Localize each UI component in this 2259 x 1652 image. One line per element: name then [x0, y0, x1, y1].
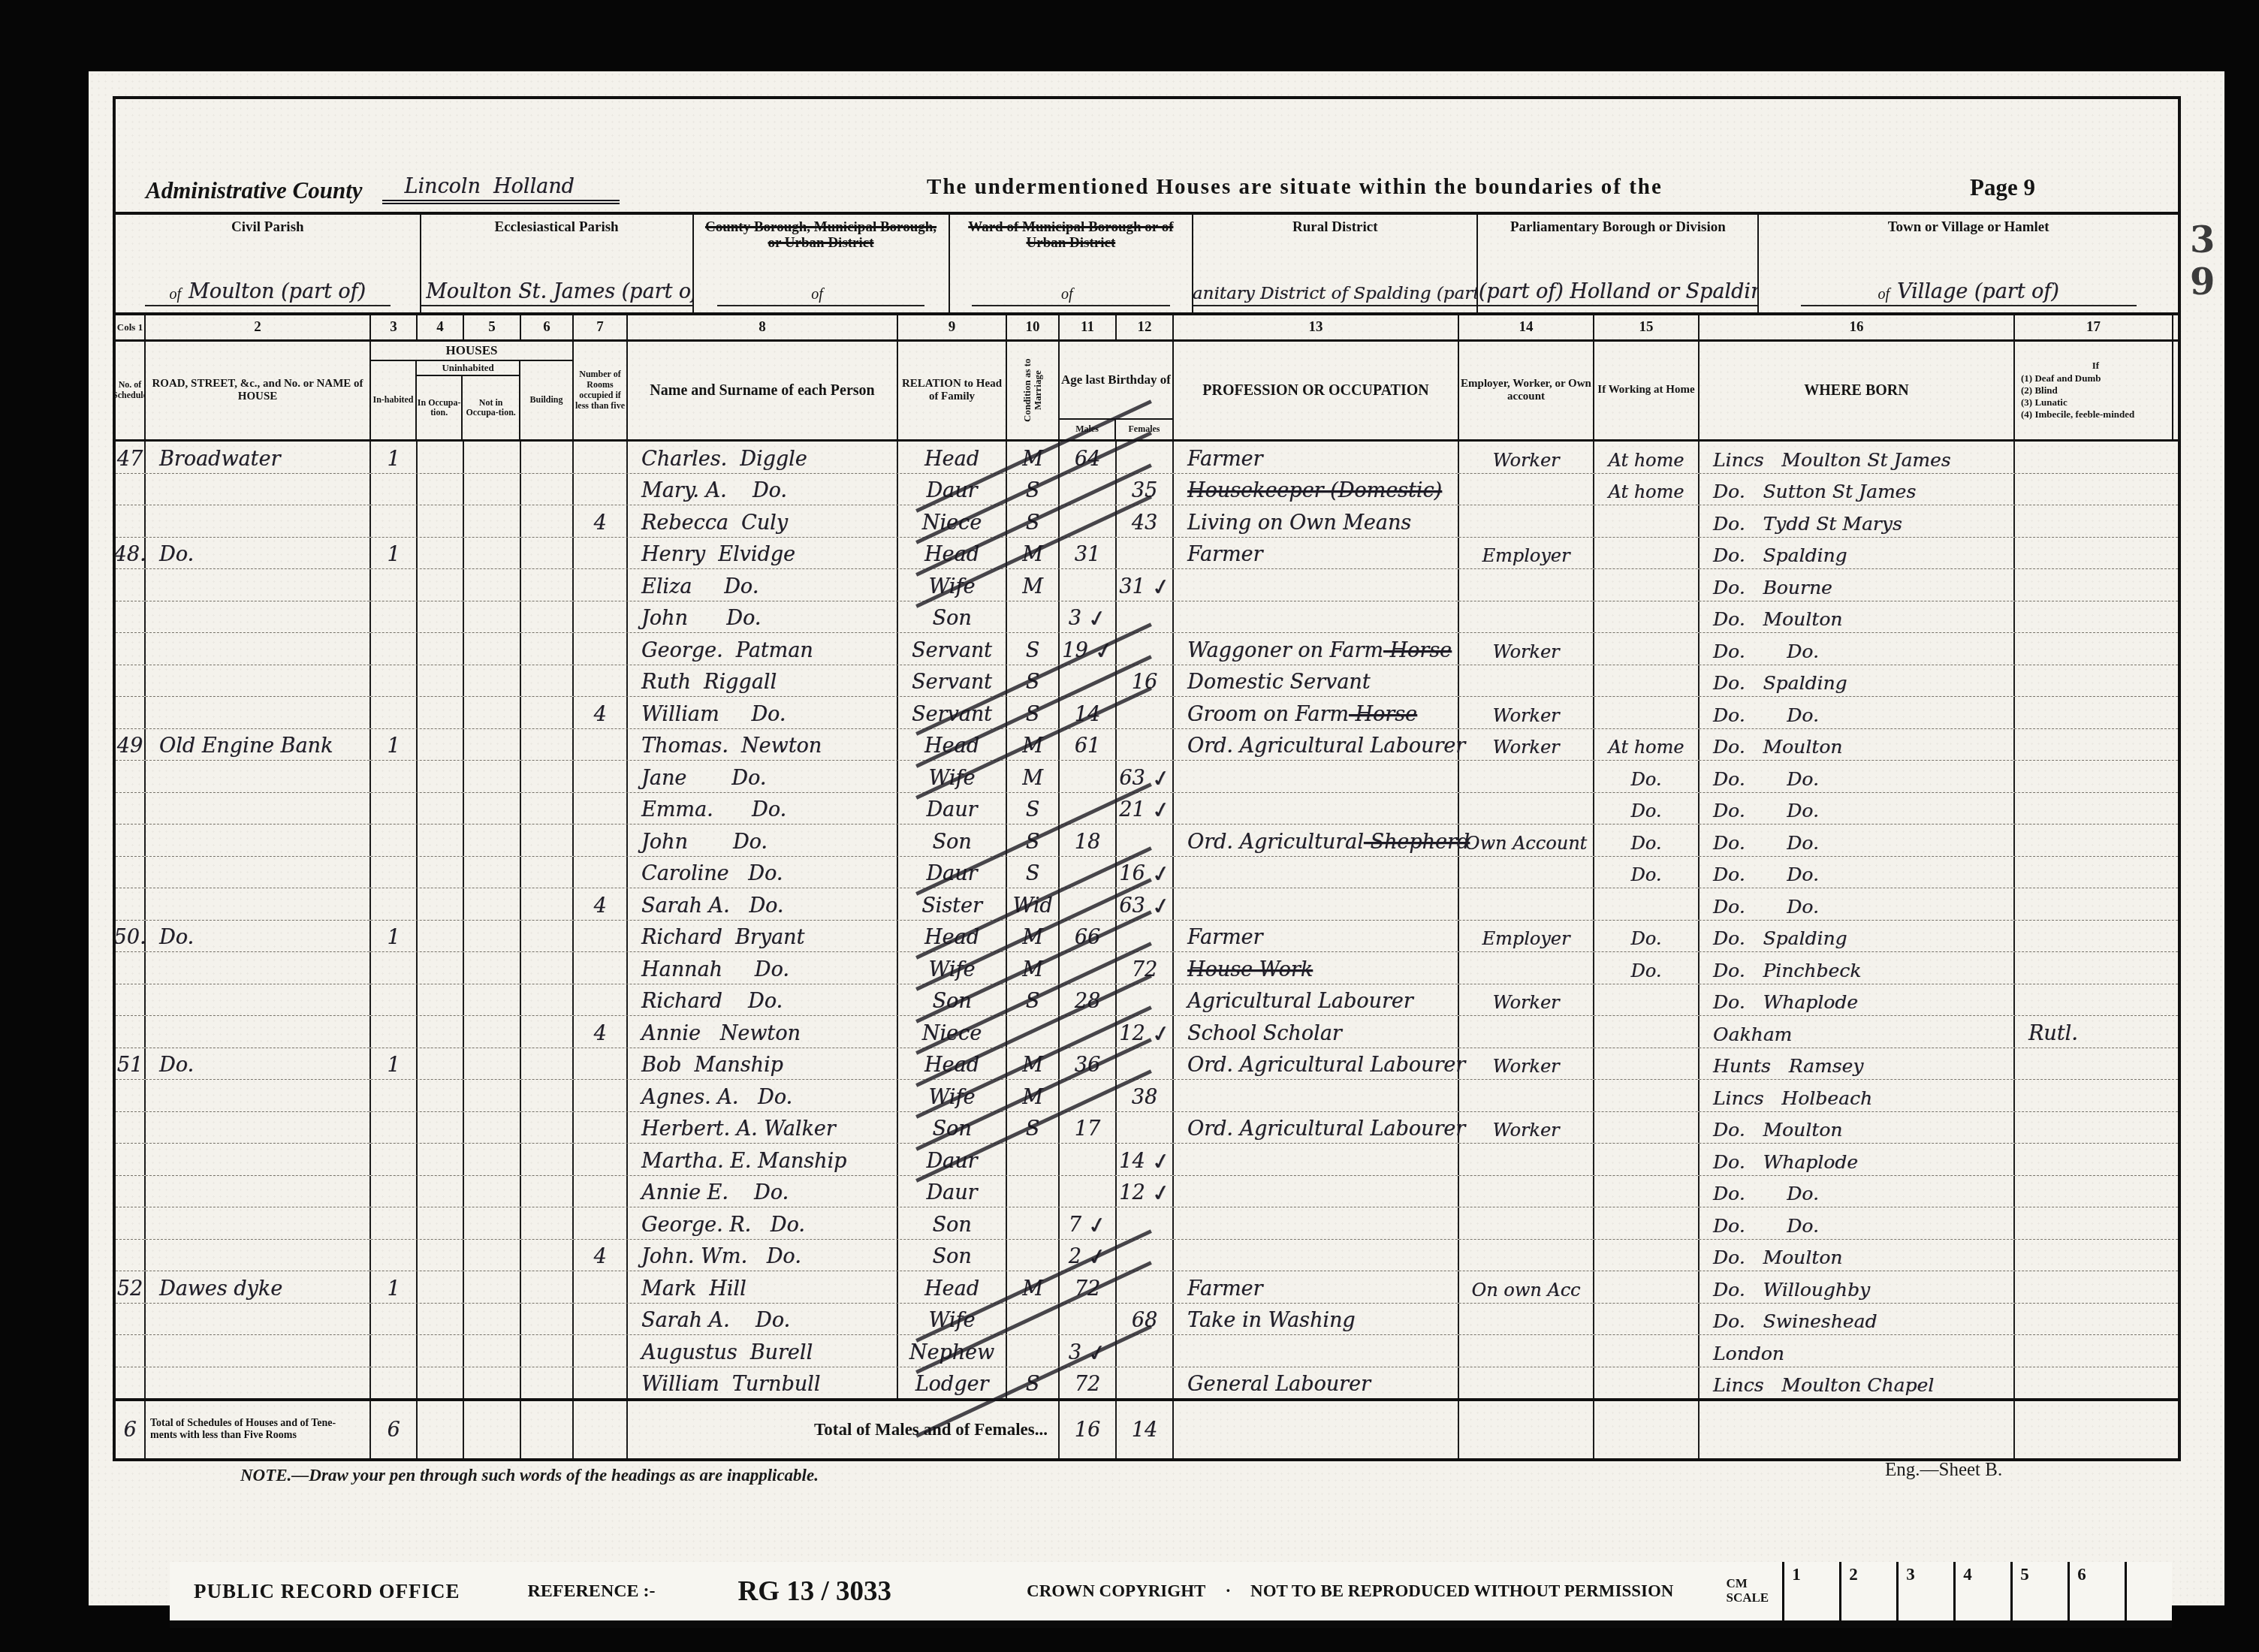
column-number: 17 [2015, 315, 2173, 339]
working-at-home [1594, 569, 1700, 601]
column-number: 8 [628, 315, 898, 339]
table-row: 4Rebecca CulyNieceS43Living on Own Means… [116, 505, 2178, 538]
person-name: Ruth Riggall [628, 665, 898, 697]
marriage-condition: S [1007, 697, 1060, 728]
rooms-mark [574, 538, 628, 569]
road-name [146, 474, 371, 505]
employer-status: Worker [1459, 729, 1594, 761]
column-number: 2 [146, 315, 371, 339]
marriage-condition: M [1007, 729, 1060, 761]
table-row: 52Dawes dyke1Mark HillHeadM72FarmerOn ow… [116, 1271, 2178, 1304]
uninhabited-occupied [418, 569, 464, 601]
marriage-condition: M [1007, 538, 1060, 569]
schedule-number [116, 824, 146, 856]
birthplace: Do. Do. [1700, 633, 2015, 665]
road-name [146, 824, 371, 856]
uninhabited-occupied [418, 888, 464, 920]
schedule-number [116, 1144, 146, 1175]
parish-field-label: Ward of Municipal Borough or of Urban Di… [950, 219, 1193, 252]
schedule-number [116, 697, 146, 728]
folio-stamp: 3 9 [2190, 219, 2259, 303]
age-female [1117, 984, 1174, 1016]
employer-status: Worker [1459, 442, 1594, 473]
situate-heading: The undermentioned Houses are situate wi… [620, 175, 1970, 204]
inhabited-mark [371, 984, 418, 1016]
parish-field-value: of [717, 286, 924, 306]
totals-empty-17 [2015, 1401, 2173, 1458]
building-mark [521, 505, 574, 537]
ruler-segment: 1 [1782, 1562, 1839, 1620]
age-male [1060, 888, 1117, 920]
building-mark [521, 697, 574, 728]
totals-empty-7 [574, 1401, 628, 1458]
totals-empty-15 [1594, 1401, 1700, 1458]
person-name: Caroline Do. [628, 857, 898, 888]
occupation [1174, 888, 1459, 920]
enumerator-tick: ✓ [1086, 1339, 1109, 1368]
inhabited-mark [371, 474, 418, 505]
rooms-mark [574, 1048, 628, 1080]
road-name [146, 984, 371, 1016]
parish-field-label: Rural District [1285, 219, 1385, 235]
schedule-number [116, 888, 146, 920]
birthplace: Do. Swineshead [1700, 1304, 2015, 1335]
age-subrow: Males Females [1060, 418, 1172, 439]
rooms-mark [574, 793, 628, 824]
age-male [1060, 1080, 1117, 1111]
person-name: John Do. [628, 824, 898, 856]
enumerator-tick: ✓ [1149, 860, 1172, 889]
infirmity-note [2015, 1080, 2173, 1111]
building-mark [521, 442, 574, 473]
footer-copyright: CROWN COPYRIGHT [1027, 1581, 1205, 1601]
uninhabited-occupied [418, 1304, 464, 1335]
person-name: Richard Do. [628, 984, 898, 1016]
inhabited-mark [371, 888, 418, 920]
footer-notice: NOT TO BE REPRODUCED WITHOUT PERMISSION [1250, 1581, 1673, 1601]
parish-field: Ward of Municipal Borough or of Urban Di… [950, 215, 1194, 312]
marriage-condition: S [1007, 824, 1060, 856]
inhabited-mark [371, 1240, 418, 1271]
footer-office: PUBLIC RECORD OFFICE [194, 1580, 460, 1603]
inhabited-mark [371, 1176, 418, 1207]
totals-houses-count: 6 [371, 1401, 418, 1458]
infirmity-note [2015, 1112, 2173, 1144]
relation-to-head: Head [898, 729, 1007, 761]
employer-status [1459, 1335, 1594, 1367]
birthplace: Lincs Moulton St James [1700, 442, 2015, 473]
infirmity-note [2015, 1304, 2173, 1335]
uninhabited-occupied [418, 824, 464, 856]
age-female: 12✓ [1117, 1016, 1174, 1048]
ruler-segment: 5 [2010, 1562, 2067, 1620]
rooms-mark: 4 [574, 505, 628, 537]
inhabited-mark [371, 633, 418, 665]
birthplace: Do. Do. [1700, 697, 2015, 728]
employer-status: Own Account [1459, 824, 1594, 856]
working-at-home: Do. [1594, 793, 1700, 824]
occupation: Ord. Agricultural Labourer [1174, 729, 1459, 761]
building-mark [521, 824, 574, 856]
age-male: 64 [1060, 442, 1117, 473]
schedule-number [116, 601, 146, 633]
road-name [146, 569, 371, 601]
working-at-home [1594, 1207, 1700, 1239]
age-male: 17 [1060, 1112, 1117, 1144]
schedule-number [116, 1176, 146, 1207]
road-name [146, 1335, 371, 1367]
parish-fields-band: Civil ParishofMoulton (part of)Ecclesias… [116, 215, 2178, 315]
rooms-mark: 4 [574, 697, 628, 728]
uninhabited-occupied [418, 952, 464, 984]
road-name [146, 1080, 371, 1111]
uninhabited-not-occupied [464, 1080, 521, 1111]
person-name: Henry Elvidge [628, 538, 898, 569]
parish-field-label: Town or Village or Hamlet [1880, 219, 2057, 235]
uninhabited-occupied [418, 984, 464, 1016]
person-name: Rebecca Culy [628, 505, 898, 537]
uninhabited-subrow: In Occupa-tion. Not in Occupa-tion. [417, 376, 519, 439]
road-name [146, 1207, 371, 1239]
inhabited-mark: 1 [371, 442, 418, 473]
rooms-mark [574, 474, 628, 505]
age-female [1117, 633, 1174, 665]
parish-field: Civil ParishofMoulton (part of) [116, 215, 421, 312]
parish-field: Parliamentary Borough or Divisionof(part… [1478, 215, 1759, 312]
working-at-home [1594, 505, 1700, 537]
occupation [1174, 1176, 1459, 1207]
marriage-condition: S [1007, 633, 1060, 665]
schedule-number [116, 1367, 146, 1399]
headings-note: NOTE.—Draw your pen through such words o… [240, 1466, 819, 1485]
table-row: Richard Do.SonS28Agricultural LabourerWo… [116, 984, 2178, 1017]
employer-status [1459, 665, 1594, 697]
building-mark [521, 1176, 574, 1207]
marriage-condition: S [1007, 474, 1060, 505]
schedule-number [116, 952, 146, 984]
inhabited-mark [371, 1144, 418, 1175]
person-name: George. R. Do. [628, 1207, 898, 1239]
road-name [146, 697, 371, 728]
infirmity-note [2015, 505, 2173, 537]
occupation: School Scholar [1174, 1016, 1459, 1048]
birthplace: Do. Sutton St James [1700, 474, 2015, 505]
age-male [1060, 952, 1117, 984]
employer-status [1459, 1176, 1594, 1207]
uninhabited-not-occupied [464, 857, 521, 888]
parish-field: County Borough, Municipal Borough, or Ur… [694, 215, 950, 312]
building-mark [521, 793, 574, 824]
rooms-mark: 4 [574, 888, 628, 920]
table-row: John Do.SonS18Ord. Agricultural Shepherd… [116, 824, 2178, 857]
person-name: Annie Newton [628, 1016, 898, 1048]
person-name: Mary. A. Do. [628, 474, 898, 505]
uninhabited-not-occupied [464, 1016, 521, 1048]
enumerator-tick: ✓ [1092, 637, 1115, 666]
infirmity-note [2015, 761, 2173, 792]
column-number: 4 [418, 315, 464, 339]
building-mark [521, 857, 574, 888]
schedule-number: 49 [116, 729, 146, 761]
age-female: 63✓ [1117, 761, 1174, 792]
relation-to-head: Lodger [898, 1367, 1007, 1399]
working-at-home [1594, 1080, 1700, 1111]
totals-schedule-label: Total of Schedules of Houses and of Tene… [146, 1401, 371, 1458]
sheet-label: Eng.—Sheet B. [1885, 1460, 2002, 1481]
age-male: 72 [1060, 1271, 1117, 1303]
marriage-condition: S [1007, 665, 1060, 697]
age-male: 7✓ [1060, 1207, 1117, 1239]
uninhabited-not-occupied [464, 1367, 521, 1399]
schedule-number: 52 [116, 1271, 146, 1303]
uninhabited-not-occupied [464, 729, 521, 761]
occupation [1174, 761, 1459, 792]
occupation: Agricultural Labourer [1174, 984, 1459, 1016]
age-male [1060, 1304, 1117, 1335]
marriage-condition: M [1007, 1271, 1060, 1303]
enumerator-tick: ✓ [1149, 796, 1172, 825]
totals-schedule-count: 6 [116, 1401, 146, 1458]
infirmity-item-3: (3) Lunatic [2021, 396, 2067, 408]
relation-to-head: Nephew [898, 1335, 1007, 1367]
footer-reference: RG 13 / 3033 [738, 1575, 892, 1608]
table-row: Agnes. A. Do.WifeM38Lincs Holbeach [116, 1080, 2178, 1112]
col-header-building: Building [520, 361, 572, 439]
building-mark [521, 569, 574, 601]
schedule-number [116, 505, 146, 537]
rooms-mark [574, 601, 628, 633]
uninhabited-occupied [418, 1176, 464, 1207]
person-name: Charles. Diggle [628, 442, 898, 473]
infirmity-note [2015, 442, 2173, 473]
employer-status [1459, 1207, 1594, 1239]
working-at-home [1594, 538, 1700, 569]
infirmity-note [2015, 1176, 2173, 1207]
relation-to-head: Servant [898, 697, 1007, 728]
employer-status [1459, 1144, 1594, 1175]
parish-field-value: ofSanitary District of Spalding (part of… [1193, 284, 1478, 306]
marriage-condition: S [1007, 984, 1060, 1016]
age-male [1060, 793, 1117, 824]
birthplace: Do. Spalding [1700, 538, 2015, 569]
age-female [1117, 1112, 1174, 1144]
table-row: 4Sarah A. Do.SisterWid63✓Do. Do. [116, 888, 2178, 921]
enumerator-tick: ✓ [1086, 1243, 1109, 1272]
relation-to-head: Daur [898, 1144, 1007, 1175]
schedule-number [116, 665, 146, 697]
age-female [1117, 1048, 1174, 1080]
rooms-mark [574, 761, 628, 792]
table-row: William TurnbullLodgerS72General Laboure… [116, 1367, 2178, 1399]
marriage-condition: M [1007, 569, 1060, 601]
totals-males-count: 16 [1060, 1401, 1117, 1458]
age-female: 16 [1117, 665, 1174, 697]
working-at-home: Do. [1594, 952, 1700, 984]
schedule-number: 50. [116, 921, 146, 952]
rooms-mark [574, 1176, 628, 1207]
uninhabited-occupied [418, 1080, 464, 1111]
table-row: Annie E. Do.Daur12✓Do. Do. [116, 1176, 2178, 1208]
employer-status [1459, 505, 1594, 537]
relation-to-head: Niece [898, 1016, 1007, 1048]
occupation [1174, 1080, 1459, 1111]
working-at-home [1594, 697, 1700, 728]
schedule-number [116, 1304, 146, 1335]
employer-status: Worker [1459, 633, 1594, 665]
building-mark [521, 888, 574, 920]
road-name: Do. [146, 921, 371, 952]
relation-to-head: Wife [898, 761, 1007, 792]
working-at-home [1594, 984, 1700, 1016]
working-at-home [1594, 888, 1700, 920]
uninhabited-occupied [418, 1144, 464, 1175]
enumerator-tick: ✓ [1149, 1020, 1172, 1049]
totals-empty-16 [1700, 1401, 2015, 1458]
infirmity-note: Rutl. [2015, 1016, 2173, 1048]
person-name: Sarah A. Do. [628, 1304, 898, 1335]
uninhabited-not-occupied [464, 569, 521, 601]
table-row: Jane Do.WifeM63✓Do.Do. Do. [116, 761, 2178, 793]
employer-status [1459, 761, 1594, 792]
parish-field-label: Civil Parish [224, 219, 312, 235]
infirmity-if-label: If [2021, 360, 2170, 372]
age-female: 63✓ [1117, 888, 1174, 920]
uninhabited-not-occupied [464, 888, 521, 920]
person-name: Sarah A. Do. [628, 888, 898, 920]
building-mark [521, 1144, 574, 1175]
ruler-segment: 2 [1839, 1562, 1896, 1620]
inhabited-mark [371, 761, 418, 792]
person-name: Martha. E. Manship [628, 1144, 898, 1175]
table-row: Hannah Do.WifeM72House WorkDo.Do. Pinchb… [116, 952, 2178, 984]
occupation: Farmer [1174, 538, 1459, 569]
schedule-number [116, 1240, 146, 1271]
column-number: 5 [464, 315, 521, 339]
schedule-number [116, 474, 146, 505]
road-name: Dawes dyke [146, 1271, 371, 1303]
table-row: 48.Do.1Henry ElvidgeHeadM31FarmerEmploye… [116, 538, 2178, 570]
rooms-mark [574, 857, 628, 888]
uninhabited-not-occupied [464, 1271, 521, 1303]
birthplace: Do. Do. [1700, 888, 2015, 920]
inhabited-mark [371, 1304, 418, 1335]
infirmity-note [2015, 1144, 2173, 1175]
uninhabited-not-occupied [464, 793, 521, 824]
inhabited-mark [371, 1112, 418, 1144]
footer-separator: · [1225, 1581, 1231, 1601]
census-scan: 3 9 Administrative County Lincoln Hollan… [0, 0, 2259, 1652]
birthplace: Do. Moulton [1700, 729, 2015, 761]
building-mark [521, 1080, 574, 1111]
marriage-condition: S [1007, 505, 1060, 537]
birthplace: Do. Whaplode [1700, 1144, 2015, 1175]
person-name: Emma. Do. [628, 793, 898, 824]
road-name [146, 1240, 371, 1271]
road-name [146, 793, 371, 824]
working-at-home: At home [1594, 442, 1700, 473]
occupation: Housekeeper (Domestic) [1174, 474, 1459, 505]
age-male: 36 [1060, 1048, 1117, 1080]
ruler-end-line [2125, 1562, 2127, 1620]
uninhabited-not-occupied [464, 824, 521, 856]
uninhabited-not-occupied [464, 1112, 521, 1144]
infirmity-note [2015, 984, 2173, 1016]
table-row: 4Annie NewtonNiece12✓School ScholarOakha… [116, 1016, 2178, 1048]
totals-empty-4 [418, 1401, 464, 1458]
birthplace: Lincs Moulton Chapel [1700, 1367, 2015, 1399]
admin-county-group: Administrative County Lincoln Holland [146, 175, 620, 204]
table-row: 47Broadwater1Charles. DiggleHeadM64Farme… [116, 442, 2178, 474]
marriage-condition: S [1007, 857, 1060, 888]
relation-to-head: Head [898, 1048, 1007, 1080]
building-mark [521, 665, 574, 697]
age-female: 16✓ [1117, 857, 1174, 888]
rooms-mark [574, 633, 628, 665]
uninhabited-occupied [418, 601, 464, 633]
road-name [146, 1016, 371, 1048]
relation-to-head: Daur [898, 793, 1007, 824]
relation-to-head: Head [898, 538, 1007, 569]
road-name: Do. [146, 1048, 371, 1080]
age-female [1117, 824, 1174, 856]
working-at-home [1594, 633, 1700, 665]
birthplace: Do. Do. [1700, 824, 2015, 856]
schedule-number [116, 569, 146, 601]
parish-field-value: ofMoulton (part of) [145, 280, 391, 306]
col-header-inhabited: In-habited [371, 361, 417, 439]
employer-status [1459, 857, 1594, 888]
rooms-mark [574, 1112, 628, 1144]
of-prefix: of [1877, 286, 1890, 303]
marriage-condition [1007, 601, 1060, 633]
rooms-mark [574, 1304, 628, 1335]
person-name: John. Wm. Do. [628, 1240, 898, 1271]
working-at-home [1594, 1240, 1700, 1271]
table-row: John Do.Son3✓Do. Moulton [116, 601, 2178, 634]
column-number: 13 [1174, 315, 1459, 339]
age-female [1117, 1367, 1174, 1399]
uninhabited-occupied [418, 697, 464, 728]
employer-status: Worker [1459, 1112, 1594, 1144]
rooms-mark [574, 1367, 628, 1399]
occupation: Groom on Farm Horse [1174, 697, 1459, 728]
uninhabited-not-occupied [464, 984, 521, 1016]
parish-field-value: of [972, 286, 1170, 306]
infirmity-note [2015, 824, 2173, 856]
enumerator-tick: ✓ [1149, 573, 1172, 602]
parish-field-handwriting: Moulton (part of) [189, 280, 366, 303]
schedule-number [116, 857, 146, 888]
condition-rotated-label: Condition as to Marriage [1022, 343, 1044, 438]
uninhabited-not-occupied [464, 1240, 521, 1271]
rooms-mark [574, 1080, 628, 1111]
road-name [146, 1304, 371, 1335]
table-row: Caroline Do.DaurS16✓Do.Do. Do. [116, 857, 2178, 889]
employer-status [1459, 1080, 1594, 1111]
occupation: Domestic Servant [1174, 665, 1459, 697]
uninhabited-occupied [418, 1016, 464, 1048]
person-name: Annie E. Do. [628, 1176, 898, 1207]
column-number: 9 [898, 315, 1007, 339]
rooms-mark [574, 729, 628, 761]
relation-to-head: Head [898, 921, 1007, 952]
schedule-number [116, 1016, 146, 1048]
birthplace: Hunts Ramsey [1700, 1048, 2015, 1080]
working-at-home [1594, 1367, 1700, 1399]
rooms-mark [574, 665, 628, 697]
parish-field-handwriting: Village (part of) [1897, 280, 2059, 303]
road-name [146, 1367, 371, 1399]
